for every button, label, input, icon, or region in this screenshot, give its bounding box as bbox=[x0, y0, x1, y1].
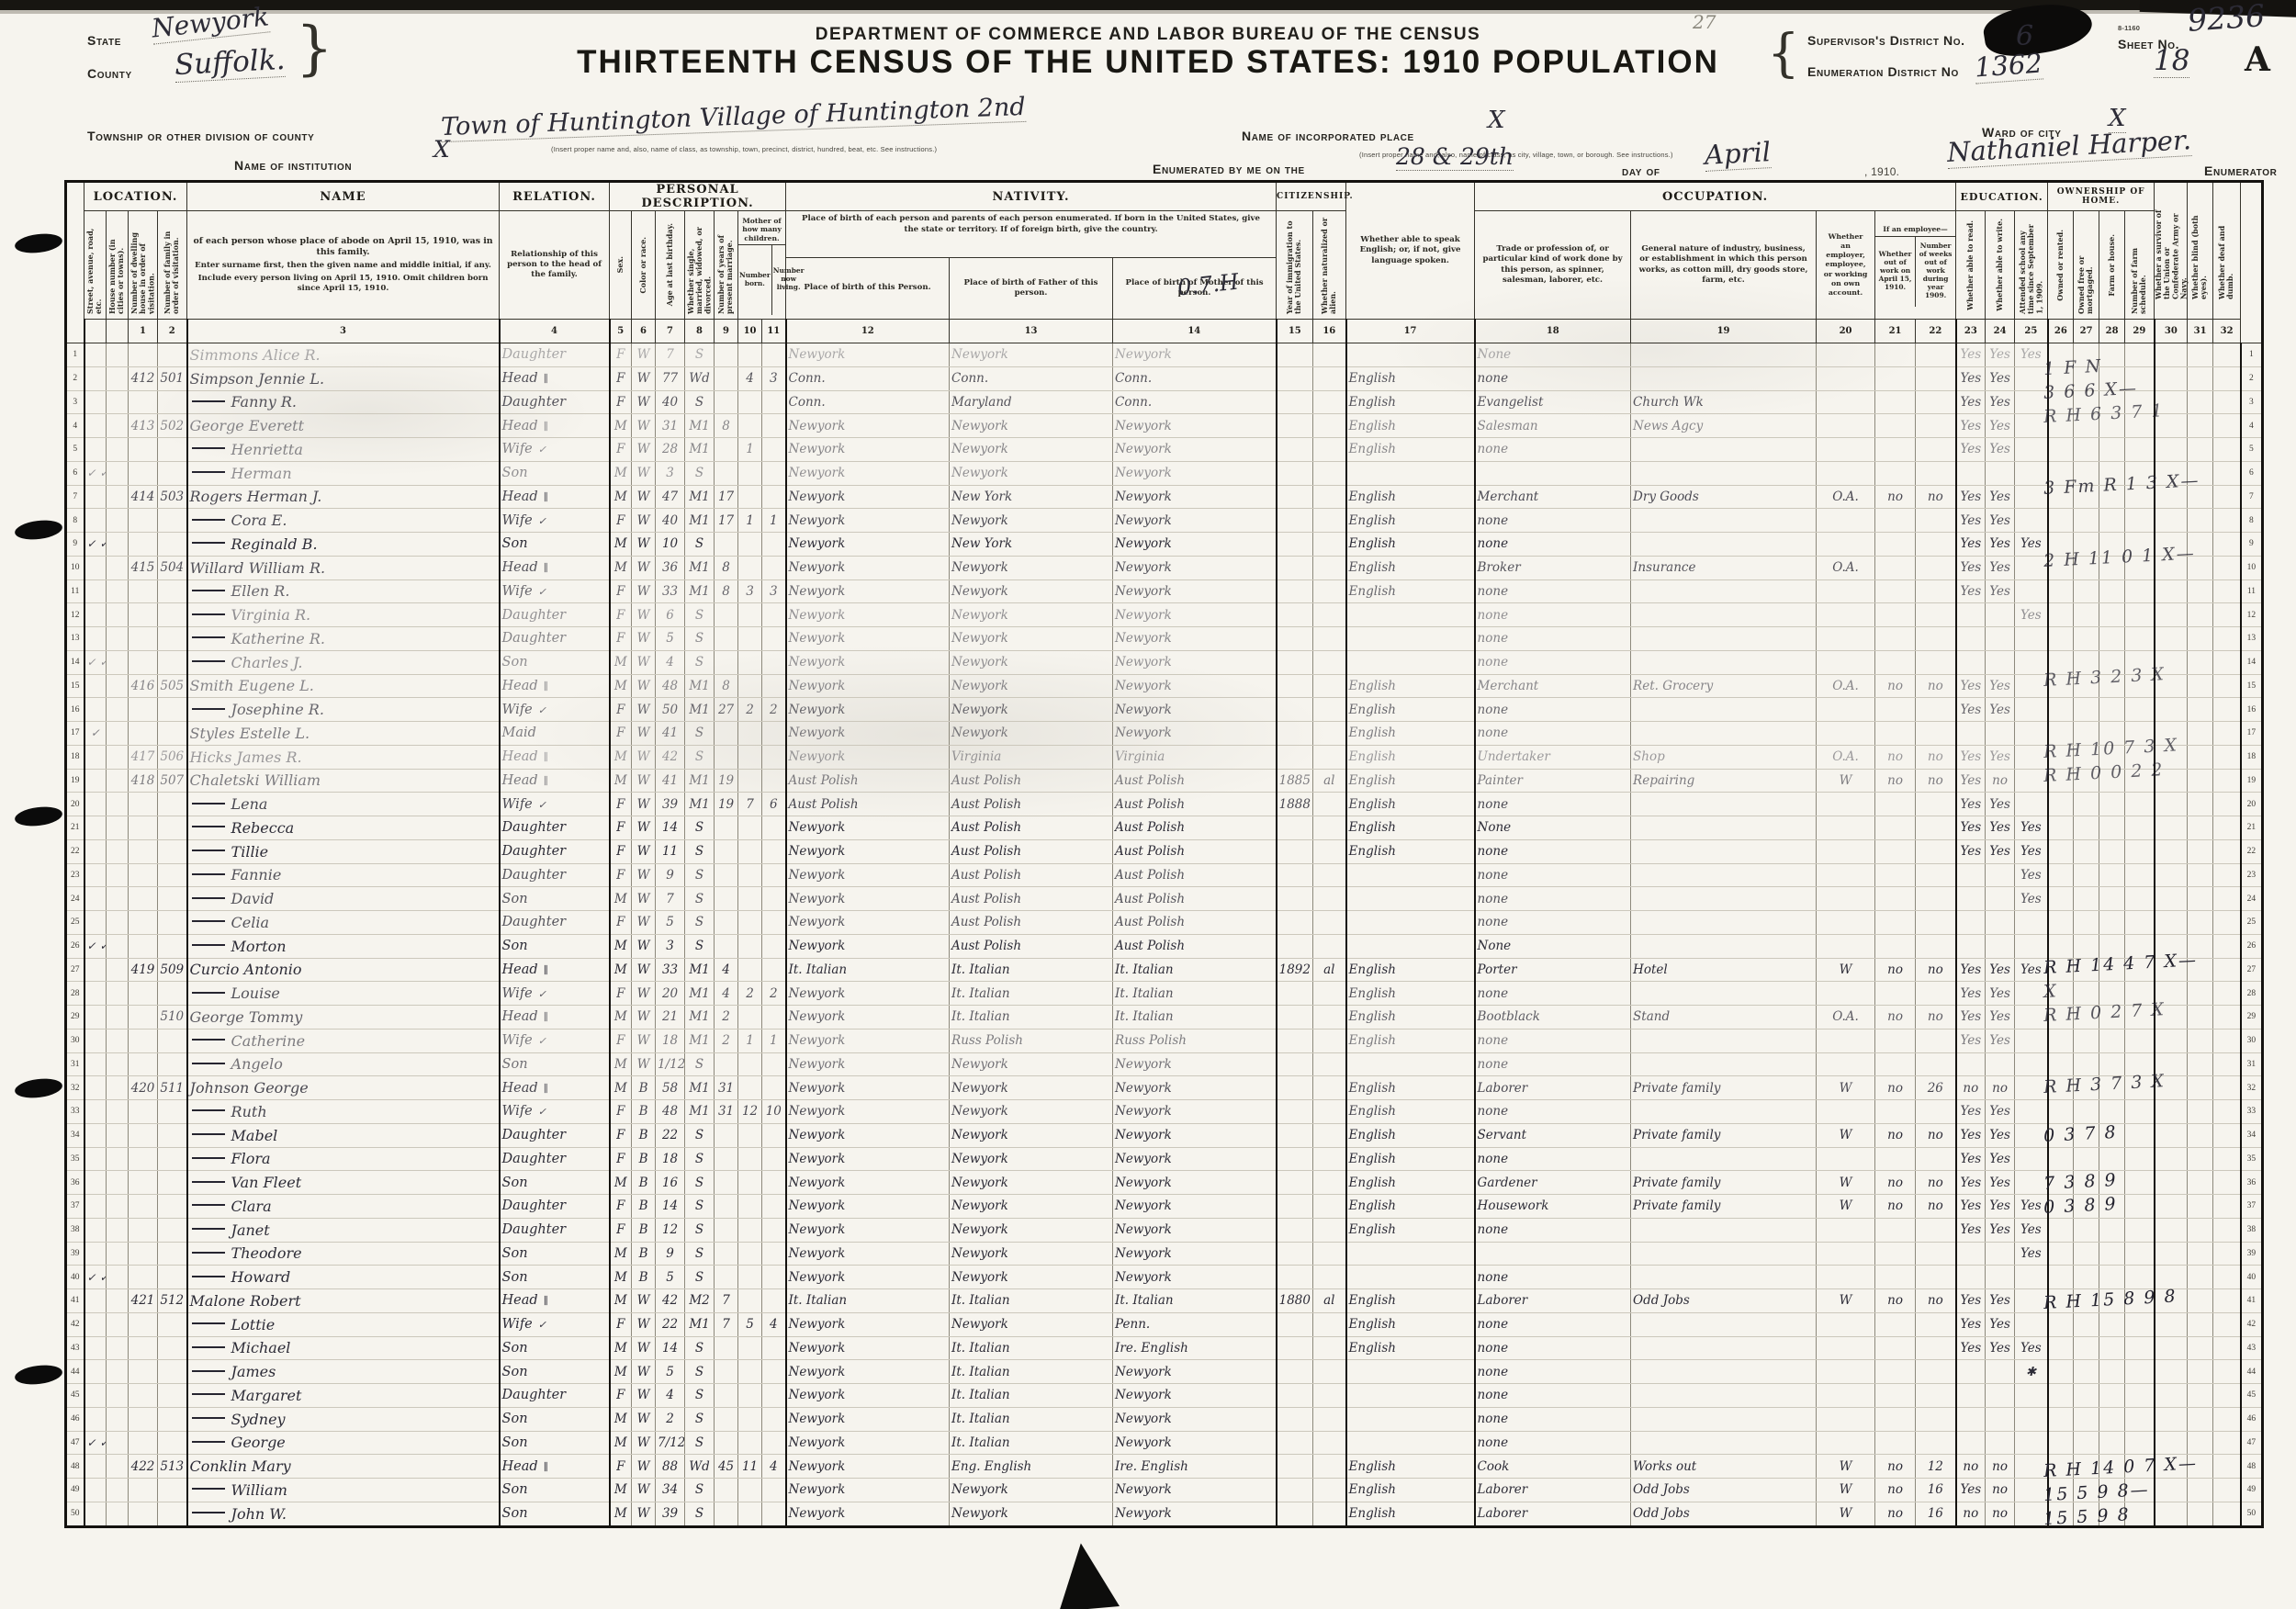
cell-in bbox=[1631, 509, 1817, 533]
cell-y bbox=[715, 745, 738, 769]
cell-cb bbox=[738, 1123, 762, 1147]
cell-em: O.A. bbox=[1817, 556, 1875, 579]
col-color: Color or race. bbox=[632, 211, 656, 320]
cell-f bbox=[158, 650, 187, 674]
cell-em bbox=[1817, 390, 1875, 414]
cell-rd: no bbox=[1956, 1076, 1986, 1100]
column-number: 11 bbox=[762, 320, 786, 343]
cell-nm: George Tommy bbox=[187, 1006, 500, 1030]
cell-c: W bbox=[632, 1384, 656, 1408]
row-number-right: 12 bbox=[2241, 603, 2263, 627]
cell-a: 34 bbox=[656, 1479, 685, 1502]
cell-nm: Lottie bbox=[187, 1312, 500, 1336]
table-row: 5HenriettaWife✓FW28M11NewyorkNewyorkNewy… bbox=[66, 438, 2263, 462]
cell-m: S bbox=[685, 1336, 715, 1360]
cell-fh bbox=[2099, 863, 2125, 887]
cell-cl: 1 bbox=[762, 1029, 786, 1052]
cell-rd: Yes bbox=[1956, 1100, 1986, 1124]
cell-pb: Newyork bbox=[786, 1502, 950, 1526]
cell-chk: ✓ ✓ bbox=[84, 1431, 107, 1455]
cell-in bbox=[1631, 863, 1817, 887]
cell-wr bbox=[1986, 1052, 2015, 1076]
cell-na: al bbox=[1313, 769, 1346, 793]
cell-hs bbox=[107, 390, 129, 414]
table-row: 19418507Chaletski WilliamHead∥MW41M119Au… bbox=[66, 769, 2263, 793]
cell-cb bbox=[738, 627, 762, 651]
cell-im bbox=[1277, 1029, 1313, 1052]
cell-sc: Yes bbox=[2015, 1218, 2048, 1242]
cell-sx: M bbox=[610, 1407, 632, 1431]
cell-f bbox=[158, 887, 187, 911]
cell-chk bbox=[84, 1289, 107, 1313]
cell-na bbox=[1313, 414, 1346, 438]
faint-number: 27 bbox=[1693, 11, 1716, 33]
cell-sx: F bbox=[610, 982, 632, 1006]
cell-c: W bbox=[632, 698, 656, 722]
cell-em bbox=[1817, 650, 1875, 674]
cell-cl bbox=[762, 1195, 786, 1219]
nativity-description: Place of birth of each person and parent… bbox=[786, 211, 1277, 320]
cell-im bbox=[1277, 674, 1313, 698]
cell-wr: Yes bbox=[1986, 414, 2015, 438]
column-number: 21 bbox=[1875, 320, 1916, 343]
cell-df bbox=[2213, 698, 2241, 722]
group-location: LOCATION. bbox=[84, 182, 187, 211]
cell-cl bbox=[762, 1006, 786, 1030]
cell-chk bbox=[84, 1407, 107, 1431]
table-row: 25CeliaDaughterFW5SNewyorkAust PolishAus… bbox=[66, 911, 2263, 935]
cell-sc: Yes bbox=[2015, 816, 2048, 840]
cell-m: S bbox=[685, 911, 715, 935]
cell-cb bbox=[738, 556, 762, 579]
col-school: Attended school any time since September… bbox=[2015, 211, 2048, 320]
cell-f bbox=[158, 579, 187, 603]
table-row: 28LouiseWife✓FW20M1422NewyorkIt. Italian… bbox=[66, 982, 2263, 1006]
cell-em bbox=[1817, 1147, 1875, 1171]
table-row: 11Ellen R.Wife✓FW33M1833NewyorkNewyorkNe… bbox=[66, 579, 2263, 603]
cell-nm: Malone Robert bbox=[187, 1289, 500, 1313]
cell-c: W bbox=[632, 863, 656, 887]
cell-m: M1 bbox=[685, 485, 715, 509]
cell-chk bbox=[84, 1029, 107, 1052]
cell-im bbox=[1277, 579, 1313, 603]
cell-cl: 3 bbox=[762, 366, 786, 390]
cell-c: B bbox=[632, 1171, 656, 1195]
cell-c: W bbox=[632, 650, 656, 674]
column-number: 26 bbox=[2048, 320, 2074, 343]
cell-d: 418 bbox=[129, 769, 158, 793]
cell-bl bbox=[2188, 1242, 2213, 1266]
cell-im bbox=[1277, 1242, 1313, 1266]
cell-wk bbox=[1916, 839, 1956, 863]
cell-cb bbox=[738, 1360, 762, 1384]
cell-bl bbox=[2188, 911, 2213, 935]
table-row: 20LenaWife✓FW39M11976Aust PolishAust Pol… bbox=[66, 793, 2263, 816]
cell-fm bbox=[2074, 1242, 2099, 1266]
cell-y: 17 bbox=[715, 485, 738, 509]
cell-hs bbox=[107, 366, 129, 390]
cell-lg: English bbox=[1346, 1006, 1475, 1030]
cell-rd: Yes bbox=[1956, 1006, 1986, 1030]
cell-wr: Yes bbox=[1986, 509, 2015, 533]
cell-rel: Son bbox=[500, 1502, 610, 1526]
row-number-right: 25 bbox=[2241, 911, 2263, 935]
cell-pm: Newyork bbox=[1113, 1147, 1277, 1171]
row-number-left: 39 bbox=[66, 1242, 84, 1266]
cell-lg: English bbox=[1346, 1502, 1475, 1526]
cell-chk bbox=[84, 911, 107, 935]
cell-em: O.A. bbox=[1817, 745, 1875, 769]
column-numbers-row: 1234567891011121314151617181920212223242… bbox=[66, 320, 2263, 343]
row-number-right: 45 bbox=[2241, 1384, 2263, 1408]
cell-f bbox=[158, 1242, 187, 1266]
cell-cb bbox=[738, 1289, 762, 1313]
cell-rd: Yes bbox=[1956, 390, 1986, 414]
cell-sx: M bbox=[610, 533, 632, 557]
cell-wk bbox=[1916, 722, 1956, 746]
cell-sc bbox=[2015, 509, 2048, 533]
cell-m: S bbox=[685, 887, 715, 911]
cell-cb bbox=[738, 1336, 762, 1360]
cell-pb: Newyork bbox=[786, 934, 950, 958]
cell-bl bbox=[2188, 1407, 2213, 1431]
cell-own bbox=[2048, 1147, 2074, 1171]
cell-chk bbox=[84, 698, 107, 722]
cell-cl bbox=[762, 958, 786, 982]
cell-c: W bbox=[632, 343, 656, 367]
cell-rd: Yes bbox=[1956, 1336, 1986, 1360]
col-language: Whether able to speak English; or, if no… bbox=[1346, 182, 1475, 320]
cell-sx: M bbox=[610, 1076, 632, 1100]
cell-chk bbox=[84, 863, 107, 887]
cell-nm: Virginia R. bbox=[187, 603, 500, 627]
cell-chk bbox=[84, 603, 107, 627]
cell-chk bbox=[84, 509, 107, 533]
cell-fm bbox=[2074, 816, 2099, 840]
cell-f bbox=[158, 816, 187, 840]
cell-oc: None bbox=[1475, 934, 1631, 958]
cell-in bbox=[1631, 438, 1817, 462]
cell-hs bbox=[107, 579, 129, 603]
cell-own bbox=[2048, 698, 2074, 722]
cell-pf: It. Italian bbox=[950, 1360, 1113, 1384]
cell-m: M1 bbox=[685, 509, 715, 533]
cell-pm: Newyork bbox=[1113, 461, 1277, 485]
cell-d: 413 bbox=[129, 414, 158, 438]
row-number-left: 17 bbox=[66, 722, 84, 746]
cell-chk bbox=[84, 982, 107, 1006]
cell-in: News Agcy bbox=[1631, 414, 1817, 438]
cell-hs bbox=[107, 1455, 129, 1479]
cell-cl bbox=[762, 1336, 786, 1360]
cell-wr: no bbox=[1986, 1502, 2015, 1526]
row-number-left: 43 bbox=[66, 1336, 84, 1360]
cell-lg: English bbox=[1346, 1312, 1475, 1336]
cell-m: S bbox=[685, 745, 715, 769]
cell-pb: Newyork bbox=[786, 1455, 950, 1479]
cell-f bbox=[158, 509, 187, 533]
cell-bl bbox=[2188, 863, 2213, 887]
table-row: 37ClaraDaughterFB14SNewyorkNewyorkNewyor… bbox=[66, 1195, 2263, 1219]
cell-a: 7 bbox=[656, 343, 685, 367]
cell-cb bbox=[738, 1147, 762, 1171]
cell-in bbox=[1631, 579, 1817, 603]
cell-d bbox=[129, 1312, 158, 1336]
cell-c: W bbox=[632, 1407, 656, 1431]
cell-em bbox=[1817, 603, 1875, 627]
cell-nm: Johnson George bbox=[187, 1076, 500, 1100]
cell-rd: Yes bbox=[1956, 414, 1986, 438]
cell-lg: English bbox=[1346, 579, 1475, 603]
cell-a: 3 bbox=[656, 461, 685, 485]
cell-pm: Newyork bbox=[1113, 485, 1277, 509]
cell-d bbox=[129, 461, 158, 485]
cell-em bbox=[1817, 579, 1875, 603]
cell-d bbox=[129, 863, 158, 887]
cell-wk bbox=[1916, 863, 1956, 887]
cell-cb bbox=[738, 603, 762, 627]
cell-f bbox=[158, 722, 187, 746]
row-number-right: 38 bbox=[2241, 1218, 2263, 1242]
cell-a: 14 bbox=[656, 1336, 685, 1360]
cell-cl bbox=[762, 485, 786, 509]
cell-oc: none bbox=[1475, 1100, 1631, 1124]
cell-wk bbox=[1916, 793, 1956, 816]
cell-ow bbox=[1875, 343, 1916, 367]
cell-rel: Wife✓ bbox=[500, 793, 610, 816]
cell-lg: English bbox=[1346, 722, 1475, 746]
cell-lg: English bbox=[1346, 438, 1475, 462]
cell-chk: ✓ ✓ bbox=[84, 1266, 107, 1289]
cell-nm: Louise bbox=[187, 982, 500, 1006]
cell-na bbox=[1313, 1076, 1346, 1100]
table-row: 38JanetDaughterFB12SNewyorkNewyorkNewyor… bbox=[66, 1218, 2263, 1242]
cell-pb: Newyork bbox=[786, 343, 950, 367]
cell-df bbox=[2213, 1407, 2241, 1431]
cell-oc: none bbox=[1475, 438, 1631, 462]
cell-sx: M bbox=[610, 1479, 632, 1502]
cell-in bbox=[1631, 934, 1817, 958]
column-number: 20 bbox=[1817, 320, 1875, 343]
cell-sv bbox=[2155, 579, 2188, 603]
cell-nm: Catherine bbox=[187, 1029, 500, 1052]
cell-chk bbox=[84, 839, 107, 863]
cell-wk bbox=[1916, 1384, 1956, 1408]
cell-d bbox=[129, 1100, 158, 1124]
cell-im bbox=[1277, 1312, 1313, 1336]
cell-c: B bbox=[632, 1123, 656, 1147]
cell-m: M1 bbox=[685, 414, 715, 438]
cell-a: 18 bbox=[656, 1029, 685, 1052]
cell-wk bbox=[1916, 982, 1956, 1006]
cell-nm: Rogers Herman J. bbox=[187, 485, 500, 509]
cell-f: 511 bbox=[158, 1076, 187, 1100]
ditto-dash bbox=[192, 1228, 225, 1230]
cell-in: Repairing bbox=[1631, 769, 1817, 793]
cell-fh bbox=[2099, 839, 2125, 863]
cell-a: 12 bbox=[656, 1218, 685, 1242]
column-number: 25 bbox=[2015, 320, 2048, 343]
cell-in bbox=[1631, 1100, 1817, 1124]
cell-hs bbox=[107, 414, 129, 438]
cell-na bbox=[1313, 1502, 1346, 1526]
row-number-right: 22 bbox=[2241, 839, 2263, 863]
cell-lg: English bbox=[1346, 1289, 1475, 1313]
col-farm-schedule: Number of farm schedule. bbox=[2125, 211, 2155, 320]
cell-d bbox=[129, 1147, 158, 1171]
cell-nm: Van Fleet bbox=[187, 1171, 500, 1195]
cell-own bbox=[2048, 1052, 2074, 1076]
row-number-left: 3 bbox=[66, 390, 84, 414]
enumerated-label: Enumerated by me on the bbox=[1153, 162, 1305, 176]
cell-sc bbox=[2015, 414, 2048, 438]
cell-pf: Newyork bbox=[950, 603, 1113, 627]
cell-ow bbox=[1875, 1312, 1916, 1336]
cell-sx: F bbox=[610, 1147, 632, 1171]
cell-rd bbox=[1956, 1431, 1986, 1455]
cell-m: S bbox=[685, 1360, 715, 1384]
cell-fh bbox=[2099, 1336, 2125, 1360]
cell-pm: Newyork bbox=[1113, 1076, 1277, 1100]
cell-chk bbox=[84, 1100, 107, 1124]
cell-pm: Russ Polish bbox=[1113, 1029, 1277, 1052]
cell-cl: 2 bbox=[762, 982, 786, 1006]
cell-wk: no bbox=[1916, 1195, 1956, 1219]
cell-bl bbox=[2188, 1218, 2213, 1242]
col-mother-of-children: Mother of how many children. Number born… bbox=[738, 211, 786, 320]
cell-wr: no bbox=[1986, 1455, 2015, 1479]
cell-nm: Smith Eugene L. bbox=[187, 674, 500, 698]
cell-na bbox=[1313, 1336, 1346, 1360]
cell-bl bbox=[2188, 627, 2213, 651]
row-number-left: 36 bbox=[66, 1171, 84, 1195]
cell-oc: none bbox=[1475, 579, 1631, 603]
cell-hs bbox=[107, 1147, 129, 1171]
cell-f: 507 bbox=[158, 769, 187, 793]
cell-y bbox=[715, 1147, 738, 1171]
cell-pb: Newyork bbox=[786, 674, 950, 698]
cell-rel: Son bbox=[500, 1266, 610, 1289]
cell-ow: no bbox=[1875, 1076, 1916, 1100]
cell-lg: English bbox=[1346, 1336, 1475, 1360]
cell-sx: M bbox=[610, 650, 632, 674]
cell-pf: Aust Polish bbox=[950, 816, 1113, 840]
cell-own bbox=[2048, 839, 2074, 863]
cell-a: 22 bbox=[656, 1312, 685, 1336]
cell-pf: Newyork bbox=[950, 698, 1113, 722]
cell-sx: M bbox=[610, 1006, 632, 1030]
cell-m: S bbox=[685, 650, 715, 674]
sheet-value: 18 bbox=[2154, 44, 2189, 78]
row-number-right: 21 bbox=[2241, 816, 2263, 840]
cell-lg bbox=[1346, 887, 1475, 911]
cell-sc bbox=[2015, 1266, 2048, 1289]
cell-fno bbox=[2125, 1266, 2155, 1289]
cell-fh bbox=[2099, 627, 2125, 651]
cell-im bbox=[1277, 1171, 1313, 1195]
cell-pf: Eng. English bbox=[950, 1455, 1113, 1479]
row-number-left: 32 bbox=[66, 1076, 84, 1100]
table-row: 18417506Hicks James R.Head∥MW42SNewyorkV… bbox=[66, 745, 2263, 769]
cell-ow bbox=[1875, 911, 1916, 935]
cell-cl bbox=[762, 627, 786, 651]
cell-ow: no bbox=[1875, 485, 1916, 509]
cell-hs bbox=[107, 1407, 129, 1431]
col-owned-rented: Owned or rented. bbox=[2048, 211, 2074, 320]
cell-wr bbox=[1986, 934, 2015, 958]
census-table-wrap: LOCATION. NAME RELATION. PERSONAL DESCRI… bbox=[64, 180, 2261, 1528]
cell-wk bbox=[1916, 627, 1956, 651]
cell-pb: Newyork bbox=[786, 722, 950, 746]
cell-cb bbox=[738, 1431, 762, 1455]
cell-a: 5 bbox=[656, 1266, 685, 1289]
column-number: 14 bbox=[1113, 320, 1277, 343]
cell-d bbox=[129, 1384, 158, 1408]
cell-df bbox=[2213, 1360, 2241, 1384]
cell-sc: Yes bbox=[2015, 839, 2048, 863]
cell-pb: Conn. bbox=[786, 366, 950, 390]
cell-cb bbox=[738, 414, 762, 438]
cell-cb bbox=[738, 485, 762, 509]
ditto-dash bbox=[192, 1417, 225, 1419]
cell-nm: Ruth bbox=[187, 1100, 500, 1124]
cell-cb bbox=[738, 390, 762, 414]
cell-cl bbox=[762, 1407, 786, 1431]
cell-a: 11 bbox=[656, 839, 685, 863]
col-deaf: Whether deaf and dumb. bbox=[2213, 182, 2241, 320]
cell-sv bbox=[2155, 438, 2188, 462]
col-farm-house: Farm or house. bbox=[2099, 211, 2125, 320]
cell-sx: M bbox=[610, 1242, 632, 1266]
cell-f bbox=[158, 1360, 187, 1384]
cell-hs bbox=[107, 745, 129, 769]
col-house-number: House number (in cities or towns). bbox=[107, 211, 129, 320]
relation-mark: ∥ bbox=[544, 421, 548, 433]
cell-ow: no bbox=[1875, 674, 1916, 698]
cell-cb bbox=[738, 887, 762, 911]
cell-lg bbox=[1346, 603, 1475, 627]
cell-ow bbox=[1875, 438, 1916, 462]
cell-fno bbox=[2125, 1147, 2155, 1171]
cell-hs bbox=[107, 1502, 129, 1526]
cell-sx: F bbox=[610, 438, 632, 462]
cell-c: W bbox=[632, 1289, 656, 1313]
cell-c: W bbox=[632, 627, 656, 651]
group-education: EDUCATION. bbox=[1956, 182, 2048, 211]
cell-rel: Son bbox=[500, 1360, 610, 1384]
cell-cl bbox=[762, 745, 786, 769]
cell-pb: Newyork bbox=[786, 982, 950, 1006]
cell-oc: Cook bbox=[1475, 1455, 1631, 1479]
cell-pb: It. Italian bbox=[786, 1289, 950, 1313]
cell-a: 42 bbox=[656, 1289, 685, 1313]
table-row: 33RuthWife✓FB48M1311210NewyorkNewyorkNew… bbox=[66, 1100, 2263, 1124]
cell-pb: Newyork bbox=[786, 1195, 950, 1219]
cell-wr bbox=[1986, 863, 2015, 887]
cell-in: Insurance bbox=[1631, 556, 1817, 579]
cell-im bbox=[1277, 934, 1313, 958]
row-number-left: 2 bbox=[66, 366, 84, 390]
cell-oc: none bbox=[1475, 1147, 1631, 1171]
row-number-left: 28 bbox=[66, 982, 84, 1006]
cell-cb bbox=[738, 722, 762, 746]
cell-lg: English bbox=[1346, 769, 1475, 793]
cell-y: 17 bbox=[715, 509, 738, 533]
row-number-left: 27 bbox=[66, 958, 84, 982]
ditto-dash bbox=[192, 1181, 225, 1183]
cell-rel: Son bbox=[500, 934, 610, 958]
cell-em bbox=[1817, 793, 1875, 816]
